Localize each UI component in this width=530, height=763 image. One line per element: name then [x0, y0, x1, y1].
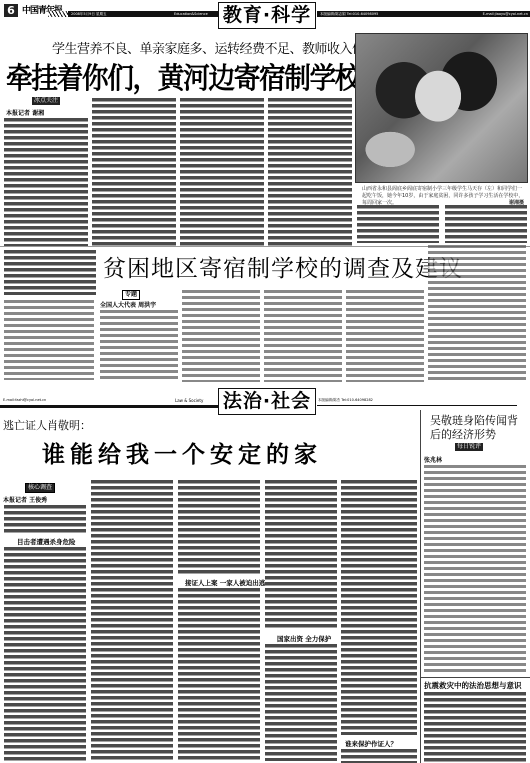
article3-column-4b [265, 644, 337, 761]
article2-column-6 [428, 245, 526, 382]
article3-column-3a [178, 480, 260, 575]
email-line: E-mail:jiaoyu@cyol.net.cn [483, 11, 528, 17]
article2-byline: 全国人大代表 周洪宇 [100, 300, 156, 309]
article2-label: 专题 [122, 290, 140, 300]
bottom-rule-right [317, 405, 517, 406]
article3-subhead-2: 接证人上案 一家人被迫出逃 [185, 578, 265, 587]
editor-band: 本版编辑/陈志娟 Tel:010-64098095 E-mail:jiaoyu@… [317, 11, 530, 17]
bottom-editor-line: 本版编辑/陈杰 Tel:010-64098282 [318, 398, 373, 403]
hatch-decoration [48, 11, 68, 17]
article1-column-3 [180, 98, 264, 246]
photo-caption: 山西省永和县阁底乡阁底寄宿制小学三年级学生马天存（左）和同学们一起吃午饭，她今年… [362, 186, 524, 207]
article2-headline: 贫困地区寄宿制学校的调查及建议 [103, 250, 463, 283]
article2-column-5 [346, 290, 424, 382]
date-band: 2008年5月9日 星期五 Education&Science [68, 11, 218, 17]
editor-line: 本版编辑/陈志娟 Tel:010-64098095 [320, 12, 378, 16]
article1-column-6 [445, 205, 527, 243]
article1-label: 冰点关注 [32, 97, 60, 105]
sidebar-byline: 张兆林 [424, 455, 442, 464]
sidebar-box-headline: 抗震救灾中的法治思想与意识 [424, 680, 528, 691]
article1-column-4 [268, 98, 352, 246]
page-number: 6 [4, 4, 18, 17]
sidebar-column [424, 465, 526, 675]
photo-caption-text: 山西省永和县阁底乡阁底寄宿制小学三年级学生马天存（左）和同学们一起吃午饭，她今年… [362, 186, 523, 206]
article3-column-3b [178, 588, 260, 761]
top-masthead: 6 中国青年报 2008年5月9日 星期五 Education&Science … [0, 0, 530, 27]
article3-column-1b [4, 547, 86, 761]
article3-label: 核心调查 [25, 483, 55, 493]
article1-column-2 [92, 98, 176, 246]
article3-column-4a [265, 480, 337, 630]
sidebar-box-rule [421, 677, 530, 678]
article1-column-1 [4, 118, 88, 246]
article3-headline: 谁能给我一个安定的家 [42, 436, 322, 469]
article2-column-1 [4, 300, 94, 380]
bottom-email: E-mail:fazhi@cyol.net.cn [3, 398, 46, 402]
sidebar-headline: 吴敬琏身陷传闻背后的经济形势 [430, 414, 528, 442]
article3-kicker: 逃亡证人肖敬明： [3, 417, 91, 433]
sidebar-box-column [424, 692, 526, 763]
article2-column-2 [100, 310, 178, 382]
bottom-english-section: Law & Society [175, 398, 203, 403]
article2-column-4 [264, 290, 342, 382]
bottom-section-title: 法治·社会 [218, 388, 316, 415]
article3-column-5 [341, 480, 417, 735]
article3-column-1a [4, 505, 86, 533]
sidebar-label: 每日锐评 [455, 443, 483, 451]
article3-subhead-4: 谁来保护作证人？ [345, 739, 397, 748]
article1-subtitle: 学生营养不良、单亲家庭多、运转经费不足、教师收入低 [52, 38, 365, 57]
english-section: Education&Science [174, 11, 208, 17]
article1-byline: 本报记者 谢湘 [6, 108, 44, 117]
date-line: 2008年5月9日 星期五 [71, 12, 106, 16]
article2-column-3 [182, 290, 260, 382]
article3-byline: 本报记者 王俊秀 [3, 495, 47, 504]
article3-subhead-3: 国家出资 全力保护 [277, 634, 331, 643]
section-title: 教育·科学 [218, 2, 316, 29]
article3-subhead-1: 目击者遭遇杀身危险 [17, 537, 76, 546]
article2-column-0 [4, 250, 96, 295]
children-eating-photo [355, 33, 528, 183]
article3-column-5b [341, 749, 417, 763]
sidebar-divider [420, 410, 421, 763]
article1-column-5 [357, 205, 439, 243]
article3-column-2 [91, 480, 173, 761]
bottom-rule-left [0, 405, 218, 408]
